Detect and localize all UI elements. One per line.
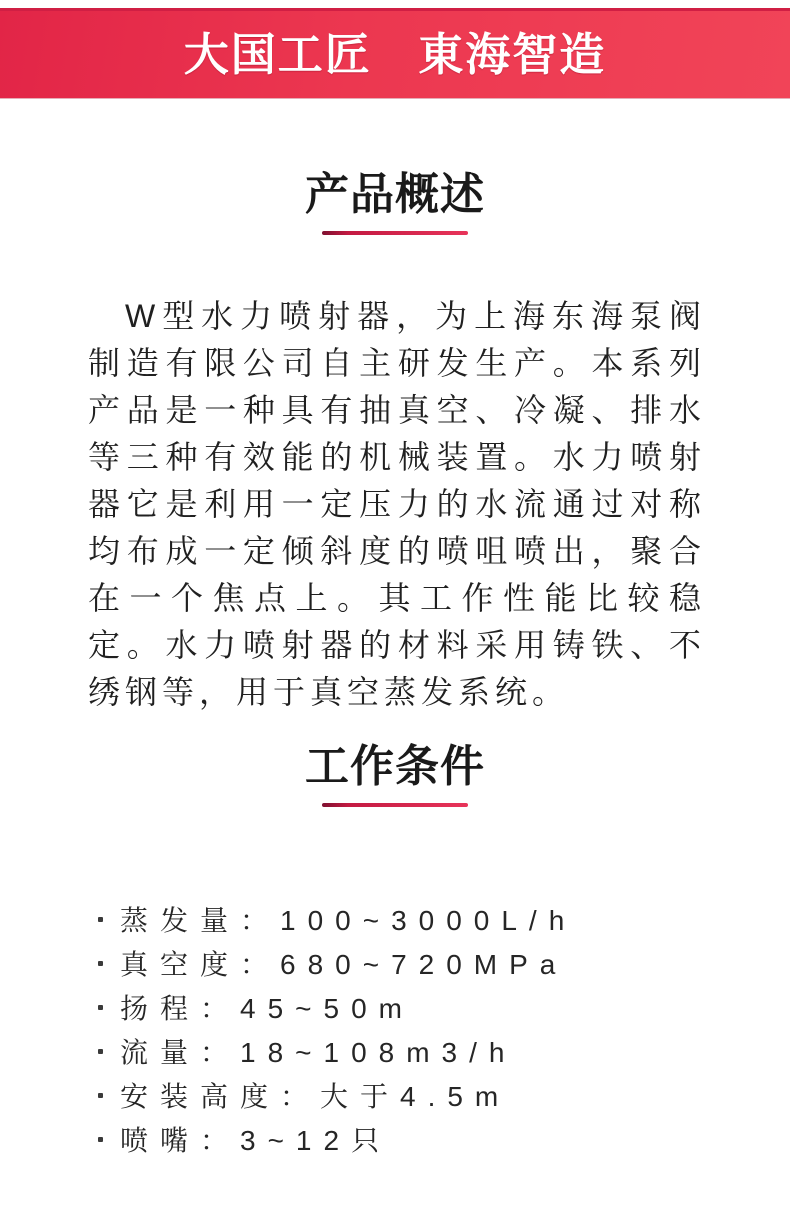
spec-item-evaporation: 蒸发量：100~3000L/h — [98, 897, 730, 941]
spec-text: 真空度：680~720MPa — [120, 943, 567, 983]
bullet-icon — [98, 961, 103, 966]
title-underline — [322, 803, 468, 807]
section-title-working-conditions: 工作条件 — [305, 742, 485, 792]
section-title-overview: 产品概述 — [305, 170, 485, 220]
spec-item-install-height: 安装高度：大于4.5m — [98, 1073, 730, 1117]
spec-item-nozzles: 喷嘴：3~12只 — [98, 1117, 730, 1161]
spec-text: 扬程：45~50m — [120, 987, 414, 1027]
bullet-icon — [98, 1049, 103, 1054]
spec-text: 蒸发量：100~3000L/h — [120, 899, 576, 939]
section-working-conditions: 工作条件 蒸发量：100~3000L/h 真空度：680~720MPa 扬程：4… — [0, 742, 790, 1161]
section-head-working-conditions: 工作条件 — [0, 742, 790, 807]
spec-list: 蒸发量：100~3000L/h 真空度：680~720MPa 扬程：45~50m… — [98, 897, 730, 1161]
section-head-overview: 产品概述 — [0, 170, 790, 235]
brand-banner: 大国工匠 東海智造 — [0, 8, 790, 98]
spec-text: 流量：18~108m3/h — [120, 1031, 516, 1071]
section-overview: 产品概述 W型水力喷射器，为上海东海泵阀制造有限公司自主研发生产。本系列产品是一… — [0, 170, 790, 716]
spec-text: 喷嘴：3~12只 — [120, 1119, 391, 1159]
bullet-icon — [98, 1005, 103, 1010]
bullet-icon — [98, 917, 103, 922]
product-detail-page: 大国工匠 東海智造 产品概述 W型水力喷射器，为上海东海泵阀制造有限公司自主研发… — [0, 8, 790, 1161]
spec-item-flow: 流量：18~108m3/h — [98, 1029, 730, 1073]
spec-item-vacuum: 真空度：680~720MPa — [98, 941, 730, 985]
bullet-icon — [98, 1137, 103, 1142]
overview-paragraph: W型水力喷射器，为上海东海泵阀制造有限公司自主研发生产。本系列产品是一种具有抽真… — [88, 293, 706, 716]
spec-text: 安装高度：大于4.5m — [120, 1075, 510, 1115]
bullet-icon — [98, 1093, 103, 1098]
banner-title: 大国工匠 東海智造 — [184, 32, 607, 77]
title-underline — [322, 231, 468, 235]
spec-item-head: 扬程：45~50m — [98, 985, 730, 1029]
